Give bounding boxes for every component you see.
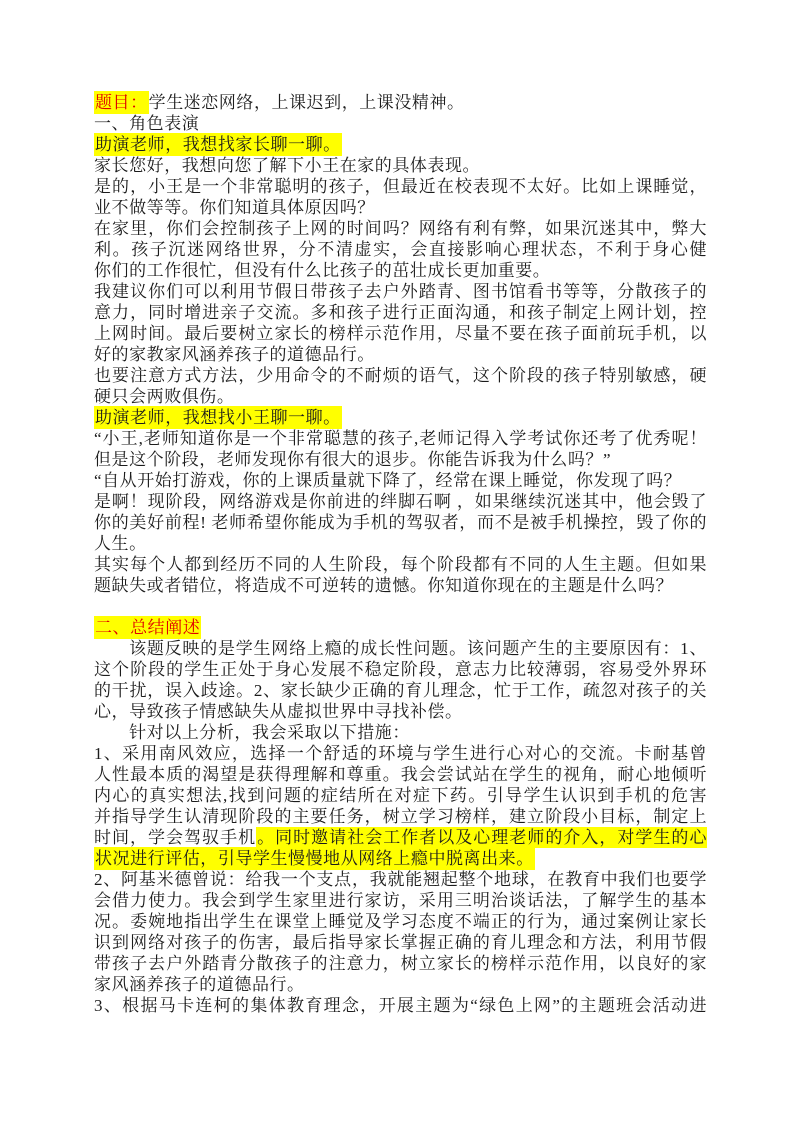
text-line: 是的，小王是一个非常聪明的孩子，但最近在校表现不太好。比如上课睡觉，作 (94, 176, 707, 197)
text-line: 但是这个阶段，老师发现你有很大的退步。你能告诉我为什么吗？” (94, 449, 707, 470)
text-line: 时间，学会驾驭手机。同时邀请社会工作者以及心理老师的介入，对学生的心理 (94, 827, 707, 848)
text-line: “小王,老师知道你是一个非常聪慧的孩子,老师记得入学考试你还考了优秀呢！ (94, 428, 707, 449)
text-segment: 但是这个阶段，老师发现你有很大的退步。你能告诉我为什么吗？” (94, 450, 611, 469)
stage-direction-parent: 助演老师，我想找家长聊一聊。 (94, 134, 707, 155)
section-2-heading: 二、总结阐述 (94, 617, 707, 638)
text-segment: 一、角色表演 (94, 114, 199, 133)
text-line: 其实每个人都到经历不同的人生阶段，每个阶段都有不同的人生主题。但如果主 (94, 554, 707, 575)
text-line: “自从开始打游戏，你的上课质量就下降了，经常在课上睡觉，你发现了吗？ (94, 470, 707, 491)
text-segment: 该题反映的是学生网络上瘾的成长性问题。该问题产生的主要原因有：1、 (129, 639, 707, 658)
text-line: 也要注意方式方法，少用命令的不耐烦的语气，这个阶段的孩子特别敏感，硬碰 (94, 365, 707, 386)
text-line: 3、根据马卡连柯的集体教育理念，开展主题为“绿色上网”的主题班会活动进 (94, 995, 707, 1016)
text-segment: 学生迷恋网络，上课迟到，上课没精神。 (149, 93, 465, 112)
text-line: 意力，同时增进亲子交流。多和孩子进行正面沟通，和孩子制定上网计划，控制 (94, 302, 707, 323)
text-line: 题缺失或者错位，将造成不可逆转的遗憾。你知道你现在的主题是什么吗？ (94, 575, 707, 596)
stage-direction-student: 助演老师，我想找小王聊一聊。 (94, 407, 707, 428)
text-segment: 针对以上分析，我会采取以下措施： (129, 723, 410, 742)
text-line: 带孩子去户外踏青分散孩子的注意力，树立家长的榜样示范作用，以良好的家教 (94, 953, 707, 974)
text-segment: 1、采用南风效应，选择一个舒适的环境与学生进行心对心的交流。卡耐基曾说： (94, 744, 707, 764)
text-line: 硬只会两败俱伤。 (94, 386, 707, 407)
text-segment: 的干扰，误入歧途。2、家长缺少正确的育儿理念，忙于工作，疏忽对孩子的关 (94, 681, 707, 700)
section-1-heading: 一、角色表演 (94, 113, 707, 134)
text-line: 心，导致孩子情感缺失从虚拟世界中寻找补偿。 (94, 701, 707, 722)
text-segment: 识到网络对孩子的伤害，最后指导家长掌握正确的育儿理念和方法，利用节假日 (94, 933, 707, 953)
highlighted-text: 助演老师，我想找家长聊一聊。 (94, 133, 342, 156)
text-segment: 况。委婉地指出学生在课堂上睡觉及学习态度不端正的行为，通过案例让家长认 (94, 912, 707, 932)
text-segment: 3、根据马卡连柯的集体教育理念，开展主题为“绿色上网”的主题班会活动进 (94, 996, 707, 1015)
highlighted-text: 二、总结阐述 (94, 616, 201, 639)
text-line: 2、阿基米德曾说：给我一个支点，我就能翘起整个地球，在教育中我们也要学 (94, 869, 707, 890)
text-line: 我建议你们可以利用节假日带孩子去户外踏青、图书馆看书等等，分散孩子的注 (94, 281, 707, 302)
text-segment: 上网时间。最后要树立家长的榜样示范作用，尽量不要在孩子面前玩手机，以良 (94, 324, 707, 344)
text-segment: 内心的真实想法,找到问题的症结所在对症下药。引导学生认识到手机的危害性， (94, 786, 707, 806)
text-segment: 你们的工作很忙，但没有什么比孩子的茁壮成长更加重要。 (94, 261, 550, 280)
text-segment: 并指导学生认清现阶段的主要任务，树立学习榜样，建立阶段小目标，制定上网 (94, 807, 707, 827)
text-line: 针对以上分析，我会采取以下措施： (94, 722, 707, 743)
text-line: 人生。 (94, 533, 707, 554)
text-segment: 是啊！现阶段，网络游戏是你前进的绊脚石啊 ，如果继续沉迷其中，他会毁了 (94, 492, 707, 511)
text-line: 是啊！现阶段，网络游戏是你前进的绊脚石啊 ，如果继续沉迷其中，他会毁了 (94, 491, 707, 512)
highlighted-text: 助演老师，我想找小王聊一聊。 (94, 406, 342, 429)
text-segment: 会借力使力。我会到学生家里进行家访，采用三明治谈话法，了解学生的基本情 (94, 891, 707, 911)
text-line: 家风涵养孩子的道德品行。 (94, 974, 707, 995)
text-line: 人性最本质的渴望是获得理解和尊重。我会尝试站在学生的视角，耐心地倾听他 (94, 764, 707, 785)
text-segment: 家长您好，我想向您了解下小王在家的具体表现。 (94, 156, 480, 175)
text-line: 的干扰，误入歧途。2、家长缺少正确的育儿理念，忙于工作，疏忽对孩子的关 (94, 680, 707, 701)
text-segment: 带孩子去户外踏青分散孩子的注意力，树立家长的榜样示范作用，以良好的家教 (94, 954, 707, 974)
text-segment: “自从开始打游戏，你的上课质量就下降了，经常在课上睡觉，你发现了吗？ (94, 471, 681, 490)
text-line: 识到网络对孩子的伤害，最后指导家长掌握正确的育儿理念和方法，利用节假日 (94, 932, 707, 953)
text-segment: 意力，同时增进亲子交流。多和孩子进行正面沟通，和孩子制定上网计划，控制 (94, 303, 707, 323)
text-segment: 其实每个人都到经历不同的人生阶段，每个阶段都有不同的人生主题。但如果主 (94, 555, 707, 575)
text-segment: 你的美好前程! 老师希望你能成为手机的驾驭者，而不是被手机操控，毁了你的 (94, 513, 707, 532)
text-line: 1、采用南风效应，选择一个舒适的环境与学生进行心对心的交流。卡耐基曾说： (94, 743, 707, 764)
highlighted-text: 题目： (94, 91, 149, 114)
text-segment: 家风涵养孩子的道德品行。 (94, 975, 305, 994)
text-segment: 心，导致孩子情感缺失从虚拟世界中寻找补偿。 (94, 702, 463, 721)
text-line: 内心的真实想法,找到问题的症结所在对症下药。引导学生认识到手机的危害性， (94, 785, 707, 806)
text-line: 家长您好，我想向您了解下小王在家的具体表现。 (94, 155, 707, 176)
text-segment: 我建议你们可以利用节假日带孩子去户外踏青、图书馆看书等等，分散孩子的注 (94, 282, 707, 302)
text-line: 好的家教家风涵养孩子的道德品行。 (94, 344, 707, 365)
text-line: 在家里，你们会控制孩子上网的时间吗？网络有利有弊，如果沉迷其中，弊大于 (94, 218, 707, 239)
text-segment: 这个阶段的学生正处于身心发展不稳定阶段，意志力比较薄弱，容易受外界环境 (94, 660, 707, 680)
text-segment: 人生。 (94, 534, 147, 553)
title-line: 题目：学生迷恋网络，上课迟到，上课没精神。 (94, 92, 707, 113)
text-segment: 好的家教家风涵养孩子的道德品行。 (94, 345, 375, 364)
text-line: 业不做等等。你们知道具体原因吗？ (94, 197, 707, 218)
text-segment: 2、阿基米德曾说：给我一个支点，我就能翘起整个地球，在教育中我们也要学 (94, 870, 707, 889)
text-segment: 利。孩子沉迷网络世界，分不清虚实，会直接影响心理状态，不利于身心健康。 (94, 240, 707, 260)
document-page: 题目：学生迷恋网络，上课迟到，上课没精神。一、角色表演助演老师，我想找家长聊一聊… (94, 92, 707, 1016)
blank-line (94, 596, 707, 617)
text-segment: 也要注意方式方法，少用命令的不耐烦的语气，这个阶段的孩子特别敏感，硬碰 (94, 366, 707, 386)
text-line: 况。委婉地指出学生在课堂上睡觉及学习态度不端正的行为，通过案例让家长认 (94, 911, 707, 932)
text-segment: 题缺失或者错位，将造成不可逆转的遗憾。你知道你现在的主题是什么吗？ (94, 576, 673, 595)
text-segment: 人性最本质的渴望是获得理解和尊重。我会尝试站在学生的视角，耐心地倾听他 (94, 765, 707, 785)
text-line: 并指导学生认清现阶段的主要任务，树立学习榜样，建立阶段小目标，制定上网 (94, 806, 707, 827)
text-segment: 业不做等等。你们知道具体原因吗？ (94, 198, 375, 217)
text-segment: 硬只会两败俱伤。 (94, 387, 234, 406)
text-line: 你的美好前程! 老师希望你能成为手机的驾驭者，而不是被手机操控，毁了你的 (94, 512, 707, 533)
text-segment: 时间，学会驾驭手机 (94, 828, 256, 847)
text-line: 上网时间。最后要树立家长的榜样示范作用，尽量不要在孩子面前玩手机，以良 (94, 323, 707, 344)
text-line: 利。孩子沉迷网络世界，分不清虚实，会直接影响心理状态，不利于身心健康。 (94, 239, 707, 260)
text-line: 这个阶段的学生正处于身心发展不稳定阶段，意志力比较薄弱，容易受外界环境 (94, 659, 707, 680)
text-segment: “小王,老师知道你是一个非常聪慧的孩子,老师记得入学考试你还考了优秀呢！ (94, 429, 707, 448)
text-line: 会借力使力。我会到学生家里进行家访，采用三明治谈话法，了解学生的基本情 (94, 890, 707, 911)
text-segment: 是的，小王是一个非常聪明的孩子，但最近在校表现不太好。比如上课睡觉，作 (94, 177, 707, 197)
highlighted-text: 状况进行评估，引导学生慢慢地从网络上瘾中脱离出来。 (94, 847, 535, 870)
text-line: 状况进行评估，引导学生慢慢地从网络上瘾中脱离出来。 (94, 848, 707, 869)
text-segment: 在家里，你们会控制孩子上网的时间吗？网络有利有弊，如果沉迷其中，弊大于 (94, 219, 707, 239)
text-line: 你们的工作很忙，但没有什么比孩子的茁壮成长更加重要。 (94, 260, 707, 281)
text-line: 该题反映的是学生网络上瘾的成长性问题。该问题产生的主要原因有：1、 (94, 638, 707, 659)
